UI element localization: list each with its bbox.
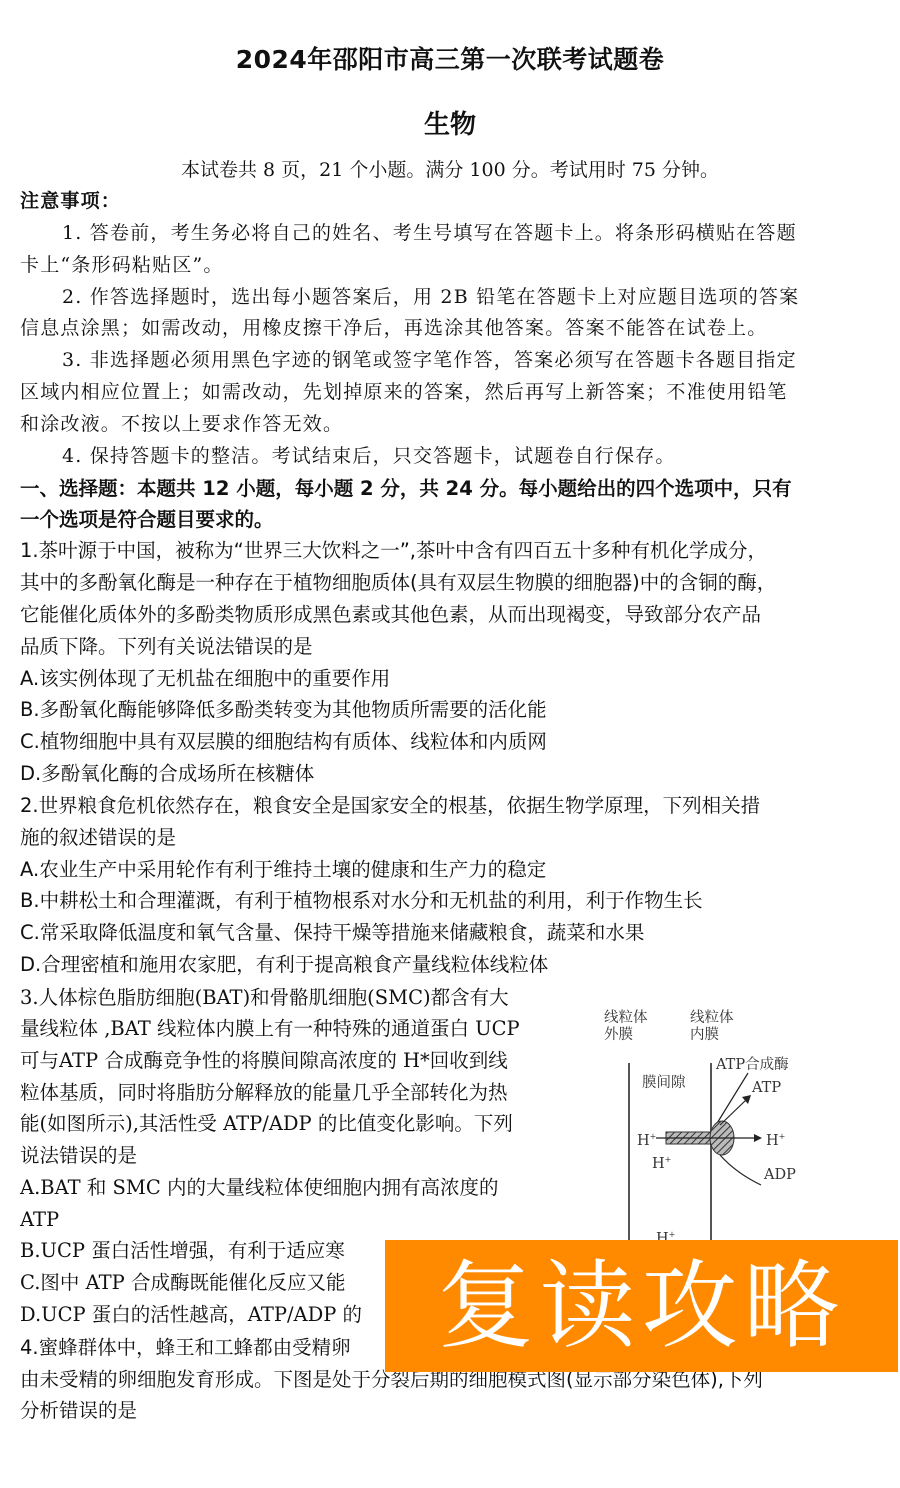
proton-label: H+ bbox=[766, 1129, 785, 1149]
notes-line: 卡上“条形码粘贴区”。 bbox=[20, 250, 224, 280]
question-option-cont: ATP bbox=[20, 1205, 59, 1235]
question-stem-line: 量线粒体 ,BAT 线粒体内膜上有一种特殊的通道蛋白 UCP bbox=[20, 1014, 520, 1044]
notes-line: 信息点涂黑；如需改动，用橡皮擦干净后，再选涂其他答案。答案不能答在试卷上。 bbox=[20, 313, 767, 343]
question-stem-line: 4.蜜蜂群体中，蜂王和工蜂都由受精卵 bbox=[20, 1333, 351, 1363]
exam-title: 2024年邵阳市高三第一次联考试题卷 bbox=[0, 40, 900, 76]
notes-line: 4. 保持答题卡的整洁。考试结束后，只交答题卡，试题卷自行保存。 bbox=[62, 441, 676, 471]
question-stem-line: 说法错误的是 bbox=[20, 1141, 137, 1171]
question-option: C.图中 ATP 合成酶既能催化反应又能 bbox=[20, 1268, 345, 1298]
subject-title: 生物 bbox=[0, 104, 900, 141]
mitochondria-diagram: 线粒体 外膜 线粒体 内膜 膜间隙 ATP合成酶 ATP ADP bbox=[596, 1005, 826, 1245]
question-stem-line: 3.人体棕色脂肪细胞(BAT)和骨骼肌细胞(SMC)都含有大 bbox=[20, 983, 509, 1013]
notes-line: 1. 答卷前，考生务必将自己的姓名、考生号填写在答题卡上。将条形码横贴在答题 bbox=[62, 218, 797, 248]
notes-line: 区域内相应位置上；如需改动，先划掉原来的答案，然后再写上新答案；不准使用铅笔 bbox=[20, 377, 788, 407]
notes-line: 和涂改液。不按以上要求作答无效。 bbox=[20, 409, 343, 439]
section-heading: 一、选择题：本题共 12 小题，每小题 2 分，共 24 分。每小题给出的四个选… bbox=[20, 474, 792, 504]
question-option: C.植物细胞中具有双层膜的细胞结构有质体、线粒体和内质网 bbox=[20, 727, 547, 757]
question-stem-line: 可与ATP 合成酶竞争性的将膜间隙高浓度的 H*回收到线 bbox=[20, 1046, 508, 1076]
question-stem-line: 品质下降。下列有关说法错误的是 bbox=[20, 632, 313, 662]
exam-page: 2024年邵阳市高三第一次联考试题卷 生物 本试卷共 8 页，21 个小题。满分… bbox=[0, 0, 900, 1488]
notes-heading: 注意事项： bbox=[20, 186, 121, 216]
proton-label: H+ bbox=[652, 1152, 671, 1172]
proton-label: H+ bbox=[637, 1129, 656, 1149]
section-heading: 一个选项是符合题目要求的。 bbox=[20, 505, 274, 535]
atp-synthase-icon bbox=[596, 1005, 826, 1245]
question-stem-line: 它能催化质体外的多酚类物质形成黑色素或其他色素，从而出现褐变，导致部分农产品 bbox=[20, 600, 761, 630]
question-option: D.多酚氧化酶的合成场所在核糖体 bbox=[20, 759, 314, 789]
question-option: B.多酚氧化酶能够降低多酚类转变为其他物质所需要的活化能 bbox=[20, 695, 547, 725]
question-option: A.该实例体现了无机盐在细胞中的重要作用 bbox=[20, 664, 390, 694]
question-stem-line: 粒体基质，同时将脂肪分解释放的能量几乎全部转化为热 bbox=[20, 1078, 508, 1108]
notes-line: 2. 作答选择题时，选出每小题答案后，用 2B 铅笔在答题卡上对应题目选项的答案 bbox=[62, 282, 799, 312]
question-option: D.UCP 蛋白的活性越高，ATP/ADP 的 bbox=[20, 1300, 362, 1330]
question-option: D.合理密植和施用农家肥，有利于提高粮食产量线粒体线粒体 bbox=[20, 950, 548, 980]
question-option: C.常采取降低温度和氧气含量、保持干燥等措施来储藏粮食，蔬菜和水果 bbox=[20, 918, 644, 948]
question-stem-line: 分析错误的是 bbox=[20, 1396, 137, 1426]
question-stem-line: 施的叙述错误的是 bbox=[20, 823, 176, 853]
question-option: B.UCP 蛋白活性增强，有利于适应寒 bbox=[20, 1236, 345, 1266]
question-option: B.中耕松土和合理灌溉，有利于植物根系对水分和无机盐的利用，利于作物生长 bbox=[20, 886, 703, 916]
notes-line: 3. 非选择题必须用黑色字迹的钢笔或签字笔作答，答案必须写在答题卡各题目指定 bbox=[62, 345, 797, 375]
watermark-banner: 复读攻略 bbox=[385, 1240, 898, 1372]
exam-info: 本试卷共 8 页，21 个小题。满分 100 分。考试用时 75 分钟。 bbox=[0, 155, 900, 182]
question-stem-line: 能(如图所示),其活性受 ATP/ADP 的比值变化影响。下列 bbox=[20, 1109, 513, 1139]
question-stem-line: 其中的多酚氧化酶是一种存在于植物细胞质体(具有双层生物膜的细胞器)中的含铜的酶， bbox=[20, 568, 776, 598]
watermark-text: 复读攻略 bbox=[438, 1258, 846, 1354]
question-option: A.BAT 和 SMC 内的大量线粒体使细胞内拥有高浓度的 bbox=[20, 1173, 498, 1203]
question-stem-line: 2.世界粮食危机依然存在，粮食安全是国家安全的根基，依据生物学原理，下列相关措 bbox=[20, 791, 760, 821]
question-stem-line: 1.茶叶源于中国，被称为“世界三大饮料之一”,茶叶中含有四百五十多种有机化学成分… bbox=[20, 536, 767, 566]
question-option: A.农业生产中采用轮作有利于维持土壤的健康和生产力的稳定 bbox=[20, 855, 546, 885]
